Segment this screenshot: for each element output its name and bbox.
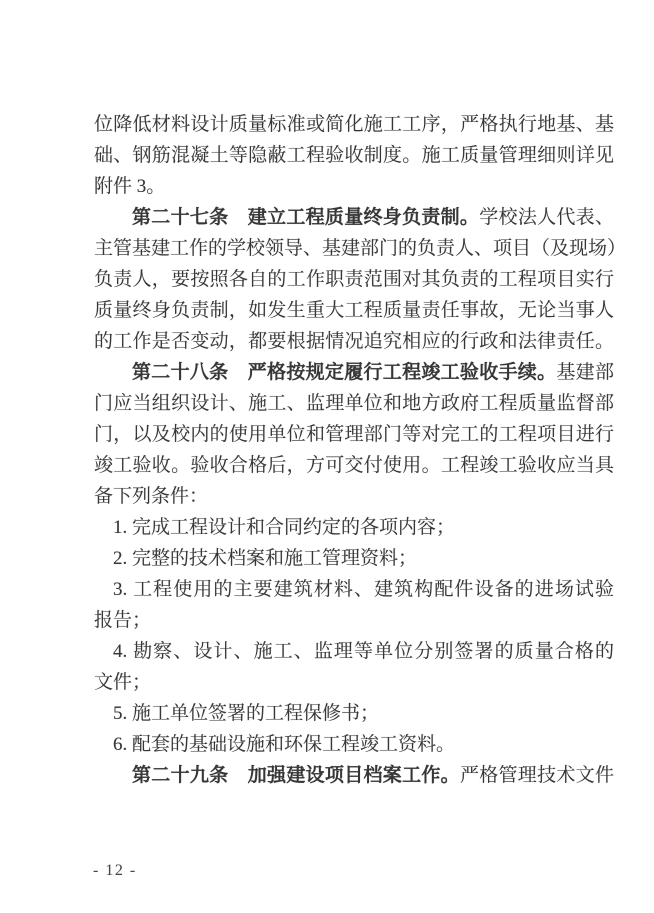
text-line: 门应当组织设计、施工、监理单位和地方政府工程质量监督部 [94, 388, 614, 419]
body-text: 2. 完整的技术档案和施工管理资料； [113, 548, 417, 569]
body-text: 5. 施工单位签署的工程保修书； [113, 703, 379, 724]
text-line: 第二十八条 严格按规定履行工程竣工验收手续。基建部 [94, 357, 614, 388]
text-line: 第二十七条 建立工程质量终身负责制。学校法人代表、 [94, 202, 614, 233]
text-line: 1. 完成工程设计和合同约定的各项内容； [94, 512, 614, 543]
text-line: 2. 完整的技术档案和施工管理资料； [94, 543, 614, 574]
text-line: 附件 3。 [94, 171, 614, 202]
text-line: 负责人，要按照各自的工作职责范围对其负责的工程项目实行 [94, 264, 614, 295]
text-line: 门，以及校内的使用单位和管理部门等对完工的工程项目进行 [94, 419, 614, 450]
text-line: 3. 工程使用的主要建筑材料、建筑构配件设备的进场试验 [94, 574, 614, 605]
text-line: 6. 配套的基础设施和环保工程竣工资料。 [94, 729, 614, 760]
body-text: 6. 配套的基础设施和环保工程竣工资料。 [113, 734, 455, 755]
text-line: 第二十九条 加强建设项目档案工作。严格管理技术文件 [94, 760, 614, 791]
body-text: 备下列条件： [94, 486, 208, 507]
body-text: 学校法人代表、 [479, 207, 614, 228]
article-heading-text: 第二十八条 严格按规定履行工程竣工验收手续。 [132, 362, 556, 383]
text-line: 4. 勘察、设计、施工、监理等单位分别签署的质量合格的 [94, 636, 614, 667]
body-text: 础、钢筋混凝土等隐蔽工程验收制度。施工质量管理细则详见 [94, 145, 614, 166]
body-text: 文件； [94, 672, 151, 693]
body-text: 门，以及校内的使用单位和管理部门等对完工的工程项目进行 [94, 424, 614, 445]
body-text: 严格管理技术文件 [460, 765, 614, 786]
document-page: 位降低材料设计质量标准或简化施工工序，严格执行地基、基础、钢筋混凝土等隐蔽工程验… [0, 0, 654, 913]
text-line: 备下列条件： [94, 481, 614, 512]
body-text: 4. 勘察、设计、施工、监理等单位分别签署的质量合格的 [113, 641, 614, 662]
text-line: 的工作是否变动，都要根据情况追究相应的行政和法律责任。 [94, 326, 614, 357]
body-text: 报告； [94, 610, 151, 631]
body-text: 基建部 [556, 362, 614, 383]
body-text: 的工作是否变动，都要根据情况追究相应的行政和法律责任。 [94, 331, 614, 352]
body-text: 门应当组织设计、施工、监理单位和地方政府工程质量监督部 [94, 393, 614, 414]
article-heading-text: 第二十七条 建立工程质量终身负责制。 [132, 207, 479, 228]
body-text: 主管基建工作的学校领导、基建部门的负责人、项目（及现场） [94, 238, 626, 259]
body-text: 1. 完成工程设计和合同约定的各项内容； [113, 517, 455, 538]
text-line: 报告； [94, 605, 614, 636]
text-line: 质量终身负责制，如发生重大工程质量责任事故，无论当事人 [94, 295, 614, 326]
body-text: 附件 3。 [94, 176, 165, 197]
body-text: 质量终身负责制，如发生重大工程质量责任事故，无论当事人 [94, 300, 614, 321]
article-heading-text: 第二十九条 加强建设项目档案工作。 [132, 765, 460, 786]
body-text: 3. 工程使用的主要建筑材料、建筑构配件设备的进场试验 [113, 579, 614, 600]
text-line: 5. 施工单位签署的工程保修书； [94, 698, 614, 729]
text-line: 位降低材料设计质量标准或简化施工工序，严格执行地基、基 [94, 109, 614, 140]
text-line: 主管基建工作的学校领导、基建部门的负责人、项目（及现场） [94, 233, 614, 264]
text-block: 位降低材料设计质量标准或简化施工工序，严格执行地基、基础、钢筋混凝土等隐蔽工程验… [94, 109, 614, 791]
body-text: 竣工验收。验收合格后，方可交付使用。工程竣工验收应当具 [94, 455, 614, 476]
text-line: 文件； [94, 667, 614, 698]
body-text: 负责人，要按照各自的工作职责范围对其负责的工程项目实行 [94, 269, 614, 290]
text-line: 础、钢筋混凝土等隐蔽工程验收制度。施工质量管理细则详见 [94, 140, 614, 171]
page-number: - 12 - [93, 862, 137, 880]
body-text: 位降低材料设计质量标准或简化施工工序，严格执行地基、基 [94, 114, 614, 135]
text-line: 竣工验收。验收合格后，方可交付使用。工程竣工验收应当具 [94, 450, 614, 481]
